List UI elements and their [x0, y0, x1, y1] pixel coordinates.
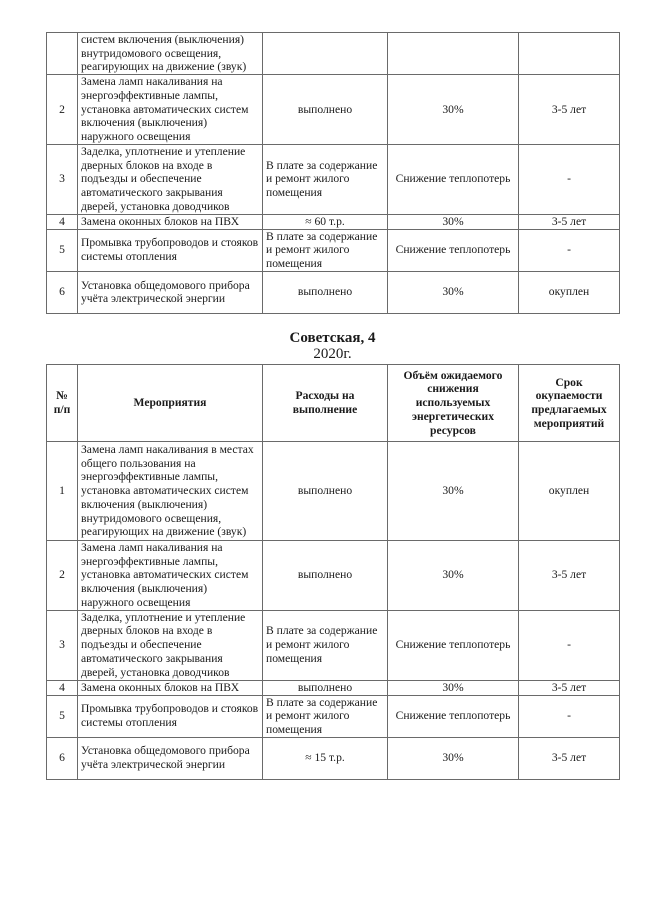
reduction-cell: 30%	[388, 214, 519, 229]
measure-cell: Замена оконных блоков на ПВХ	[78, 214, 263, 229]
measure-cell: Промывка трубопроводов и стояков системы…	[78, 695, 263, 737]
payback-cell: -	[519, 610, 620, 680]
table-row: 1 Замена ламп накаливания в местах общег…	[47, 442, 620, 541]
cost-cell	[263, 33, 388, 75]
reduction-cell: 30%	[388, 541, 519, 611]
cost-cell: выполнено	[263, 75, 388, 145]
header-num: № п/п	[47, 365, 78, 442]
table-row: 5 Промывка трубопроводов и стояков систе…	[47, 229, 620, 271]
payback-cell: -	[519, 695, 620, 737]
row-number: 5	[47, 229, 78, 271]
payback-cell: окуплен	[519, 271, 620, 313]
measure-cell: Заделка, уплотнение и утепление дверных …	[78, 144, 263, 214]
cost-cell: В плате за содержание и ремонт жилого по…	[263, 144, 388, 214]
table-row: 2 Замена ламп накаливания на энергоэффек…	[47, 75, 620, 145]
row-number: 6	[47, 271, 78, 313]
cost-cell: В плате за содержание и ремонт жилого по…	[263, 610, 388, 680]
reduction-cell: Снижение теплопотерь	[388, 229, 519, 271]
header-payback: Срок окупаемости предлагаемых мероприяти…	[519, 365, 620, 442]
table-row: 4 Замена оконных блоков на ПВХ выполнено…	[47, 680, 620, 695]
payback-cell: 3-5 лет	[519, 737, 620, 779]
row-number: 1	[47, 442, 78, 541]
table-row: 3 Заделка, уплотнение и утепление дверны…	[47, 610, 620, 680]
row-number: 4	[47, 680, 78, 695]
cost-cell: выполнено	[263, 541, 388, 611]
row-number: 6	[47, 737, 78, 779]
reduction-cell: Снижение теплопотерь	[388, 144, 519, 214]
section-heading: Советская, 4	[46, 330, 619, 347]
cost-cell: выполнено	[263, 442, 388, 541]
top-table-continuation: систем включения (выключения) внутридомо…	[46, 32, 620, 314]
header-reduction: Объём ожидаемого снижения используемых э…	[388, 365, 519, 442]
payback-cell: -	[519, 229, 620, 271]
measure-cell: систем включения (выключения) внутридомо…	[78, 33, 263, 75]
table-row: 3 Заделка, уплотнение и утепление дверны…	[47, 144, 620, 214]
header-measure: Мероприятия	[78, 365, 263, 442]
measure-cell: Промывка трубопроводов и стояков системы…	[78, 229, 263, 271]
row-number: 3	[47, 144, 78, 214]
payback-cell	[519, 33, 620, 75]
reduction-cell: Снижение теплопотерь	[388, 610, 519, 680]
measure-cell: Установка общедомового прибора учёта эле…	[78, 271, 263, 313]
table-row: систем включения (выключения) внутридомо…	[47, 33, 620, 75]
reduction-cell: 30%	[388, 442, 519, 541]
reduction-cell: 30%	[388, 737, 519, 779]
measure-cell: Установка общедомового прибора учёта эле…	[78, 737, 263, 779]
measure-cell: Замена оконных блоков на ПВХ	[78, 680, 263, 695]
measure-cell: Замена ламп накаливания на энергоэффекти…	[78, 75, 263, 145]
payback-cell: 3-5 лет	[519, 541, 620, 611]
row-number: 5	[47, 695, 78, 737]
row-number: 3	[47, 610, 78, 680]
payback-cell: окуплен	[519, 442, 620, 541]
cost-cell: В плате за содержание и ремонт жилого по…	[263, 695, 388, 737]
header-cost: Расходы на выполнение	[263, 365, 388, 442]
row-number: 2	[47, 541, 78, 611]
measure-cell: Замена ламп накаливания на энергоэффекти…	[78, 541, 263, 611]
row-number: 2	[47, 75, 78, 145]
table-row: 2 Замена ламп накаливания на энергоэффек…	[47, 541, 620, 611]
reduction-cell: 30%	[388, 271, 519, 313]
payback-cell: 3-5 лет	[519, 680, 620, 695]
cost-cell: ≈ 60 т.р.	[263, 214, 388, 229]
measures-table: № п/п Мероприятия Расходы на выполнение …	[46, 364, 620, 780]
cost-cell: В плате за содержание и ремонт жилого по…	[263, 229, 388, 271]
table-row: 5 Промывка трубопроводов и стояков систе…	[47, 695, 620, 737]
measure-cell: Замена ламп накаливания в местах общего …	[78, 442, 263, 541]
payback-cell: 3-5 лет	[519, 214, 620, 229]
payback-cell: 3-5 лет	[519, 75, 620, 145]
table-row: 4 Замена оконных блоков на ПВХ ≈ 60 т.р.…	[47, 214, 620, 229]
reduction-cell: 30%	[388, 75, 519, 145]
section-year: 2020г.	[46, 346, 619, 363]
reduction-cell	[388, 33, 519, 75]
cost-cell: выполнено	[263, 680, 388, 695]
cost-cell: выполнено	[263, 271, 388, 313]
measure-cell: Заделка, уплотнение и утепление дверных …	[78, 610, 263, 680]
reduction-cell: Снижение теплопотерь	[388, 695, 519, 737]
cost-cell: ≈ 15 т.р.	[263, 737, 388, 779]
table-row: 6 Установка общедомового прибора учёта э…	[47, 271, 620, 313]
table-row: 6 Установка общедомового прибора учёта э…	[47, 737, 620, 779]
payback-cell: -	[519, 144, 620, 214]
reduction-cell: 30%	[388, 680, 519, 695]
row-number	[47, 33, 78, 75]
table-header-row: № п/п Мероприятия Расходы на выполнение …	[47, 365, 620, 442]
row-number: 4	[47, 214, 78, 229]
